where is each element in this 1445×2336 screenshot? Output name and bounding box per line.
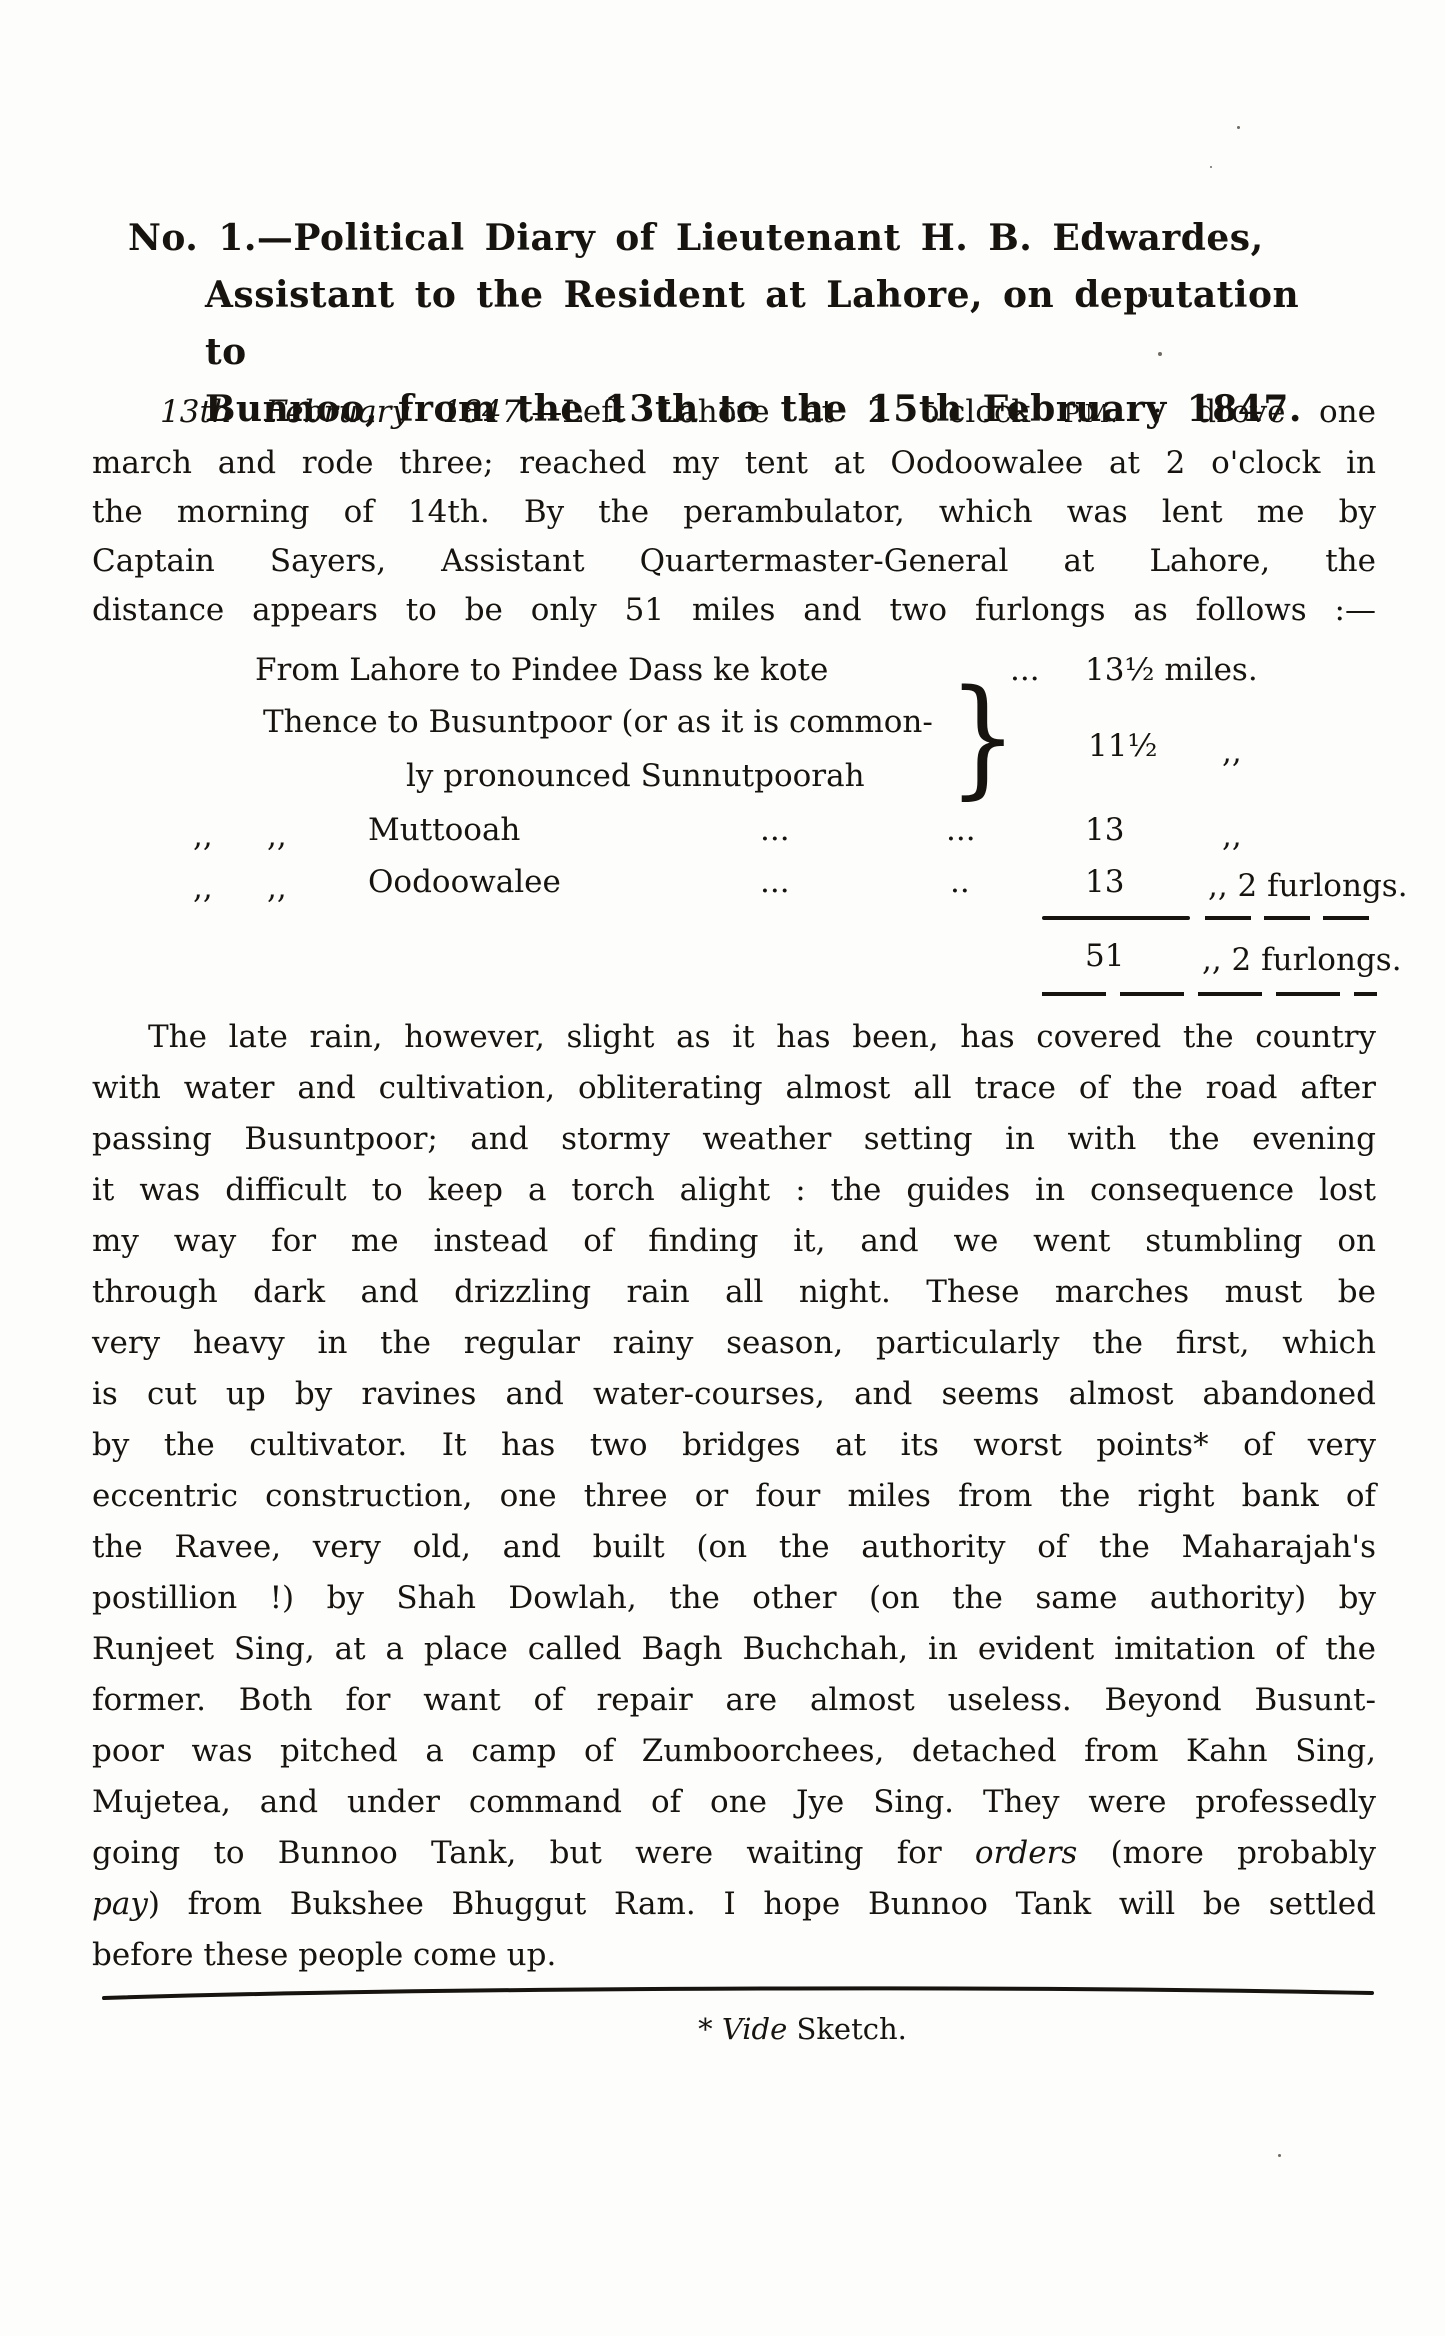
distance-value: 13½ miles.	[1085, 652, 1258, 688]
sum-rule	[1042, 916, 1190, 920]
footnote-vide: Vide	[722, 2012, 787, 2046]
footnote: * Vide Sketch.	[160, 2012, 1445, 2046]
emphasized-word: pay	[92, 1886, 148, 1922]
leader-dots: ...	[946, 812, 976, 848]
text-line: Runjeet Sing, at a place called Bagh Buc…	[92, 1624, 1376, 1675]
distance-table: From Lahore to Pindee Dass ke kote ... 1…	[0, 640, 1445, 1030]
total-distance: 51	[1085, 938, 1124, 974]
leader-dots: ...	[760, 864, 790, 900]
route-name: ly pronounced Sunnutpoorah	[406, 758, 865, 794]
sum-rule	[1042, 992, 1377, 996]
text-segment: going to Bunnoo Tank, but were waiting f…	[92, 1835, 975, 1871]
ditto-mark: ,,	[193, 870, 213, 906]
text-segment: The late rain, however, slight as it has…	[148, 1019, 1376, 1055]
paragraph-lines: march and rode three; reached my tent at…	[92, 439, 1376, 635]
text-segment: ; drove one	[1119, 394, 1376, 430]
text-line: the morning of 14th. By the perambulator…	[92, 488, 1376, 537]
leader-dots: ..	[950, 864, 970, 900]
title-line-1: No. 1.—Political Diary of Lieutenant H. …	[128, 210, 1328, 267]
curly-brace: }	[948, 682, 1017, 794]
distance-unit: ,, 2 furlongs.	[1208, 868, 1408, 904]
text-line: very heavy in the regular rainy season, …	[92, 1318, 1376, 1369]
text-line: poor was pitched a camp of Zumboorchees,…	[92, 1726, 1376, 1777]
route-name: Muttooah	[368, 812, 520, 848]
text-line: distance appears to be only 51 miles and…	[92, 586, 1376, 635]
distance-value: 11½	[1088, 728, 1158, 764]
scan-speckle	[1237, 126, 1240, 129]
total-unit: ,, 2 furlongs.	[1202, 942, 1402, 978]
text-line: is cut up by ravines and water-courses, …	[92, 1369, 1376, 1420]
text-segment: —Left Lahore at 2 o'clock	[531, 394, 1063, 430]
footnote-rule	[100, 1984, 1376, 2002]
route-name: From Lahore to Pindee Dass ke kote	[255, 652, 828, 688]
text-line: former. Both for want of repair are almo…	[92, 1675, 1376, 1726]
leader-dots: ...	[760, 812, 790, 848]
ditto-mark: ,,	[193, 818, 213, 854]
ditto-mark: ,,	[267, 818, 287, 854]
text-line: going to Bunnoo Tank, but were waiting f…	[92, 1828, 1376, 1879]
text-line: Captain Sayers, Assistant Quartermaster-…	[92, 537, 1376, 586]
text-line: passing Busuntpoor; and stormy weather s…	[92, 1114, 1376, 1165]
ditto-mark: ,,	[1222, 734, 1242, 770]
scanned-book-page: No. 1.—Political Diary of Lieutenant H. …	[0, 0, 1445, 2336]
distance-value: 13	[1085, 812, 1124, 848]
title-line-2: Assistant to the Resident at Lahore, on …	[128, 267, 1328, 381]
text-segment: (more probably	[1077, 1835, 1376, 1871]
text-line: 13th February 1847.—Left Lahore at 2 o'c…	[92, 388, 1376, 439]
text-segment: ) from Bukshee Bhuggut Ram. I hope Bunno…	[148, 1886, 1376, 1922]
text-line: it was difficult to keep a torch alight …	[92, 1165, 1376, 1216]
text-line: Mujetea, and under command of one Jye Si…	[92, 1777, 1376, 1828]
paragraph-main: The late rain, however, slight as it has…	[92, 1012, 1376, 1981]
ditto-mark: ,,	[267, 870, 287, 906]
paragraph-opening: 13th February 1847.—Left Lahore at 2 o'c…	[92, 388, 1376, 635]
text-line: the Ravee, very old, and built (on the a…	[92, 1522, 1376, 1573]
text-line: through dark and drizzling rain all nigh…	[92, 1267, 1376, 1318]
text-line: eccentric construction, one three or fou…	[92, 1471, 1376, 1522]
text-line: with water and cultivation, obliterating…	[92, 1063, 1376, 1114]
paragraph-lines: with water and cultivation, obliterating…	[92, 1063, 1376, 1828]
date-heading: 13th February 1847.	[160, 394, 531, 430]
scan-speckle	[1158, 352, 1162, 356]
scan-speckle	[1148, 294, 1151, 297]
scan-speckle	[1278, 2154, 1281, 2157]
distance-value: 13	[1085, 864, 1124, 900]
footnote-text: Sketch.	[787, 2012, 907, 2046]
ditto-mark: ,,	[1222, 818, 1242, 854]
text-line: by the cultivator. It has two bridges at…	[92, 1420, 1376, 1471]
scan-speckle	[1210, 166, 1212, 168]
emphasized-word: orders	[975, 1835, 1077, 1871]
route-name: Thence to Busuntpoor (or as it is common…	[263, 704, 933, 740]
pm-abbreviation: P.M.	[1064, 400, 1119, 428]
text-line: postillion !) by Shah Dowlah, the other …	[92, 1573, 1376, 1624]
route-name: Oodoowalee	[368, 864, 561, 900]
text-line: The late rain, however, slight as it has…	[92, 1012, 1376, 1063]
asterisk-marker: *	[698, 2012, 722, 2046]
sum-rule	[1205, 916, 1377, 920]
text-line: my way for me instead of finding it, and…	[92, 1216, 1376, 1267]
text-line: pay) from Bukshee Bhuggut Ram. I hope Bu…	[92, 1879, 1376, 1930]
text-line: before these people come up.	[92, 1930, 1376, 1981]
text-line: march and rode three; reached my tent at…	[92, 439, 1376, 488]
